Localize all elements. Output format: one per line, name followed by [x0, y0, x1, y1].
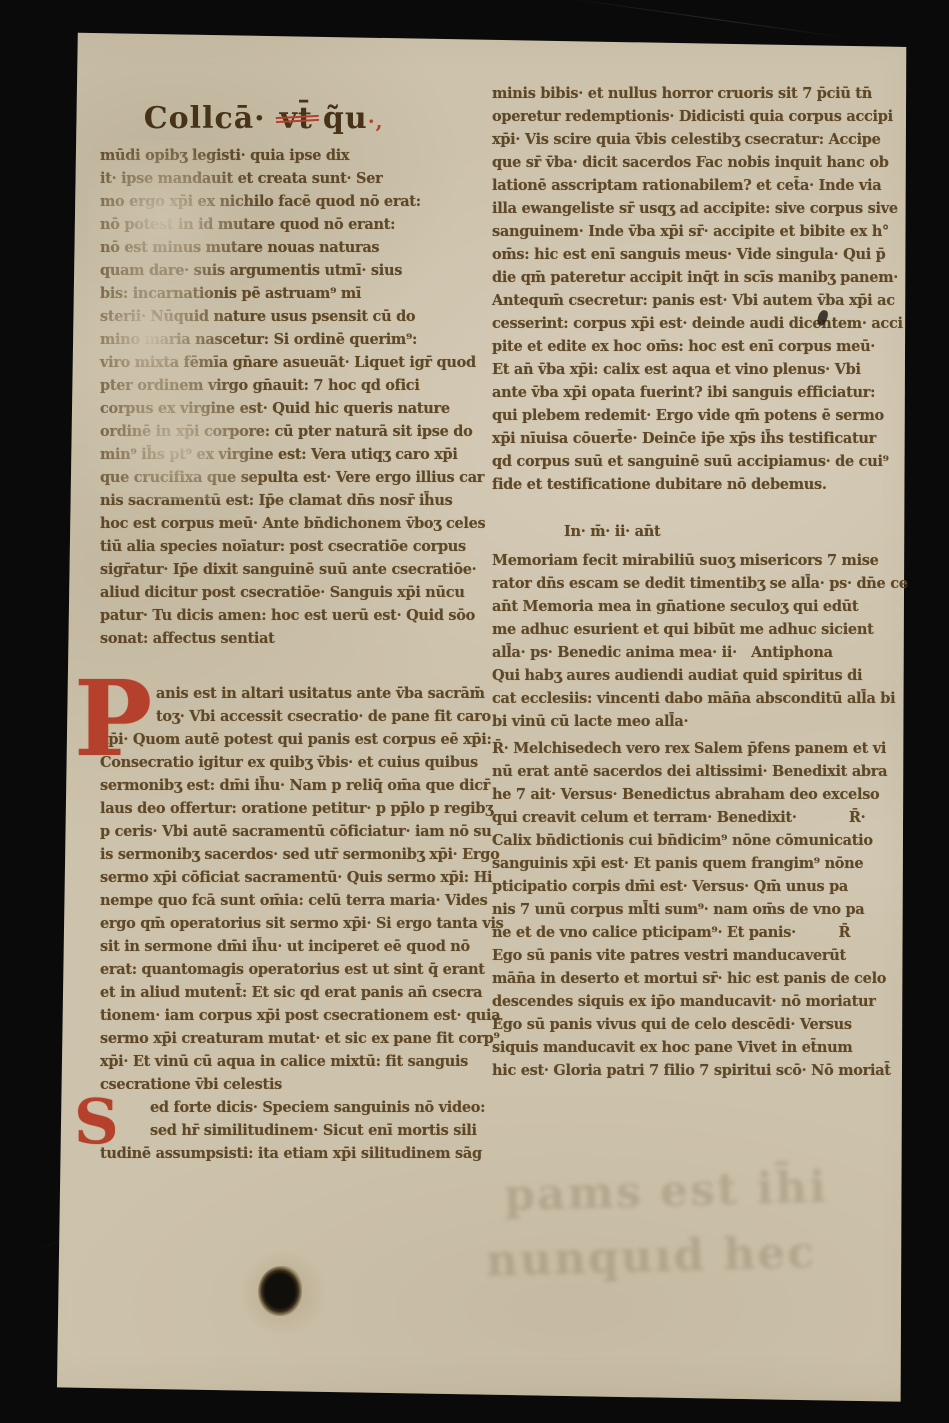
manuscript-line: xp̄i· Et vinū cū aqua in calice mixtū: f…: [100, 1053, 478, 1076]
heading-struck-numeral: vt̄: [280, 101, 313, 136]
manuscript-line: xp̄i· Quom autē potest qui panis est cor…: [100, 731, 478, 754]
manuscript-line: bi vinū cū lacte meo all̄a·: [492, 713, 888, 736]
manuscript-line: ed forte dicis· Speciem sanguinis nō vid…: [100, 1099, 478, 1122]
manuscript-line: Antequm̄ csecretur: panis est· Vbi autem…: [492, 292, 888, 315]
photograph-background: Collcā·vt̄q̃u·, mūdi opibʒ legisti· quia…: [0, 0, 949, 1423]
manuscript-line: ante v̄ba xp̄i opata fuerint? ibi sangui…: [492, 384, 888, 407]
manuscript-line: laus deo offertur: oratione petitur· p p…: [100, 800, 478, 823]
manuscript-line: pter ordinem virgo gn̄auit: 7 hoc qd ofi…: [100, 377, 478, 400]
manuscript-line: sigr̄atur· Ip̄e dixit sanguinē suū ante …: [100, 561, 478, 584]
manuscript-line: nis 7 unū corpus ml̄ti sum⁹· nam om̄s de…: [492, 901, 888, 924]
paragraph: minis bibis· et nullus horror cruoris si…: [492, 85, 888, 499]
manuscript-line: Memoriam fecit mirabiliū suoʒ misericors…: [492, 552, 888, 575]
manuscript-line: Ego sū panis vite patres vestri manducav…: [492, 947, 888, 970]
manuscript-line: nō est minus mutare nouas naturas: [100, 239, 478, 262]
manuscript-line: om̄s: hic est enī sanguis meus· Vide sin…: [492, 246, 888, 269]
manuscript-line: me adhuc esurient et qui bibūt me adhuc …: [492, 621, 888, 644]
manuscript-line: nū erat antē sacerdos dei altissimi· Ben…: [492, 763, 888, 786]
manuscript-line: pite et edite ex hoc om̄s: hoc est enī c…: [492, 338, 888, 361]
manuscript-line: illa ewangeliste sr̄ usqʒ ad accipite: s…: [492, 200, 888, 223]
manuscript-line: que crucifixa que sepulta est· Vere ergo…: [100, 469, 478, 492]
manuscript-line: an̄t Memoria mea in gn̄atione seculoʒ qu…: [492, 598, 888, 621]
manuscript-line: xp̄i· Vis scire quia v̄bis celestibʒ cse…: [492, 131, 888, 154]
manuscript-line: anis est in altari usitatus ante v̄ba sa…: [100, 685, 478, 708]
manuscript-line: patur· Tu dicis amen: hoc est uerū est· …: [100, 607, 478, 630]
paragraph: Memoriam fecit mirabiliū suoʒ misericors…: [492, 552, 888, 736]
paragraph: mūdi opibʒ legisti· quia ipse dixit· ips…: [100, 147, 478, 653]
manuscript-line: viro mixta fēmīa gn̄are asueuāt· Liquet …: [100, 354, 478, 377]
red-paraph-mark: ·,: [368, 109, 384, 133]
heading-title: Collcā·: [144, 101, 266, 136]
manuscript-line: mo ergo xp̄i ex nichilo facē quod nō era…: [100, 193, 478, 216]
show-through-line: pams est ih̄i: [504, 1160, 905, 1221]
manuscript-line: it· ipse mandauit et creata sunt· Ser: [100, 170, 478, 193]
manuscript-line: quam dare· suis argumentis utmī· sius: [100, 262, 478, 285]
manuscript-line: minis bibis· et nullus horror cruoris si…: [492, 85, 888, 108]
rubricated-initial-letter: S: [74, 1097, 118, 1147]
manuscript-line: nis sacramentū est: Ip̄e clamat dn̄s nos…: [100, 492, 478, 515]
manuscript-line: ordinē in xp̄i corpore: cū pter naturā s…: [100, 423, 478, 446]
manuscript-line: cat ecclesiis: vincenti dabo mān̄a absco…: [492, 690, 888, 713]
manuscript-line: tudinē assumpsisti: ita etiam xp̄i silit…: [100, 1145, 478, 1168]
manuscript-line: sed hr̄ similitudinem· Sicut enī mortis …: [100, 1122, 478, 1145]
manuscript-line: qui creavit celum et terram· Benedixit· …: [492, 809, 888, 832]
manuscript-line: Calix bn̄dictionis cui bn̄dicim⁹ nōne cō…: [492, 832, 888, 855]
manuscript-line: hoc est corpus meū· Ante bn̄dichonem v̄b…: [100, 515, 478, 538]
manuscript-line: sit in sermone dm̄i ih̄u· ut inciperet e…: [100, 938, 478, 961]
manuscript-line: pticipatio corpis dm̄i est· Versus· Qm̄ …: [492, 878, 888, 901]
manuscript-line: sanguinis xp̄i est· Et panis quem frangi…: [492, 855, 888, 878]
manuscript-line: qui plebem redemit· Ergo vide qm̄ potens…: [492, 407, 888, 430]
manuscript-line: aliud dicitur post csecratiōe· Sanguis x…: [100, 584, 478, 607]
manuscript-line: he 7 ait· Versus· Benedictus abraham deo…: [492, 786, 888, 809]
manuscript-line: bis: incarnationis pē astruam⁹ mī: [100, 285, 478, 308]
manuscript-line: sermo xp̄i cōficiat sacramentū· Quis ser…: [100, 869, 478, 892]
manuscript-line: fide et testificatione dubitare nō debem…: [492, 476, 888, 499]
manuscript-line: sermonibʒ est: dm̄i ih̄u· Nam p reliq̄ o…: [100, 777, 478, 800]
manuscript-line: Ego sū panis vivus qui de celo descēdi· …: [492, 1016, 888, 1039]
text-column-left: mūdi opibʒ legisti· quia ipse dixit· ips…: [100, 147, 478, 1168]
heading-suffix: q̃u: [323, 101, 368, 136]
paragraph: Sed forte dicis· Speciem sanguinis nō vi…: [100, 1099, 478, 1168]
manuscript-line: all̄a· ps· Benedic anima mea· ii· Antiph…: [492, 644, 888, 667]
scratch-mark: [561, 0, 858, 40]
manuscript-line: sermo xp̄i creaturam mutat· et sic ex pa…: [100, 1030, 478, 1053]
manuscript-line: et in aliud mutent̄: Et sic qd erat pani…: [100, 984, 478, 1007]
manuscript-line: R̄· Melchisedech vero rex Salem p̄fens p…: [492, 740, 888, 763]
manuscript-line: p ceris· Vbi autē sacramentū cōficiatur·…: [100, 823, 478, 846]
manuscript-line: Qui habʒ aures audiendi audiat quid spir…: [492, 667, 888, 690]
manuscript-line: sterii· Nūquid nature usus psensit cū do: [100, 308, 478, 331]
show-through-text: pams est ih̄i nunquıd hec: [504, 1160, 907, 1286]
manuscript-line: que sr̄ v̄ba· dicit sacerdos Fac nobis i…: [492, 154, 888, 177]
manuscript-line: mūdi opibʒ legisti· quia ipse dix: [100, 147, 478, 170]
manuscript-line: lationē asscriptam rationabilem? et cet̄…: [492, 177, 888, 200]
manuscript-line: sonat: affectus sentiat: [100, 630, 478, 653]
manuscript-line: hic est· Gloria patri 7 filio 7 spiritui…: [492, 1062, 888, 1085]
manuscript-line: die qm̄ pateretur accipit inq̄t in scīs …: [492, 269, 888, 292]
manuscript-line: operetur redemptionis· Didicisti quia co…: [492, 108, 888, 131]
manuscript-line: erat: quantomagis operatorius est ut sin…: [100, 961, 478, 984]
manuscript-line: tiū alia species noīatur: post csecratiō…: [100, 538, 478, 561]
manuscript-line: csecratione v̄bi celestis: [100, 1076, 478, 1099]
manuscript-line: Consecratio igitur ex quibʒ v̄bis· et cu…: [100, 754, 478, 777]
manuscript-line: descendes siquis ex ip̄o manducavit· nō …: [492, 993, 888, 1016]
paragraph: Panis est in altari usitatus ante v̄ba s…: [100, 685, 478, 1099]
manuscript-line: Et an̄ v̄ba xp̄i: calix est aqua et vino…: [492, 361, 888, 384]
manuscript-line: nempe quo fcā sunt om̄ia: celū terra mar…: [100, 892, 478, 915]
manuscript-line: sanguinem· Inde v̄ba xp̄i sr̄· accipite …: [492, 223, 888, 246]
manuscript-line: qd corpus suū et sanguinē suū accipiamus…: [492, 453, 888, 476]
manuscript-line: is sermonibʒ sacerdos· sed utr̄ sermonib…: [100, 846, 478, 869]
manuscript-line: rator dn̄s escam se dedit timentibʒ se a…: [492, 575, 888, 598]
manuscript-line: corpus ex virgine est· Quid hic queris n…: [100, 400, 478, 423]
manuscript-line: tionem· iam corpus xp̄i post csecratione…: [100, 1007, 478, 1030]
manuscript-line: min⁹ ih̄s pt⁹ ex virgine est: Vera utiqʒ…: [100, 446, 478, 469]
manuscript-line: cesserint: corpus xp̄i est· deinde audi …: [492, 315, 888, 338]
manuscript-line: ergo qm̄ operatorius sit sermo xp̄i· Si …: [100, 915, 478, 938]
paragraph: R̄· Melchisedech vero rex Salem p̄fens p…: [492, 740, 888, 1085]
manuscript-line: mino maria nascetur: Si ordinē querim⁹:: [100, 331, 478, 354]
manuscript-line: siquis manducavit ex hoc pane Vivet in e…: [492, 1039, 888, 1062]
manuscript-line: nō potest in id mutare quod nō erant:: [100, 216, 478, 239]
manuscript-line: mān̄a in deserto et mortui sr̄· hic est …: [492, 970, 888, 993]
paragraph: In· m̄· ii· an̄t: [492, 523, 888, 546]
manuscript-line: ne et de vno calice pticipam⁹· Et panis·…: [492, 924, 888, 947]
text-column-right: minis bibis· et nullus horror cruoris si…: [492, 85, 888, 1085]
rubricated-initial-letter: P: [74, 677, 152, 760]
manuscript-line: In· m̄· ii· an̄t: [492, 523, 888, 546]
manuscript-line: xp̄i nīuisa cōuert̄e· Deinc̄e ip̄e xp̄s …: [492, 430, 888, 453]
manuscript-line: toʒ· Vbi accessit csecratio· de pane fit…: [100, 708, 478, 731]
